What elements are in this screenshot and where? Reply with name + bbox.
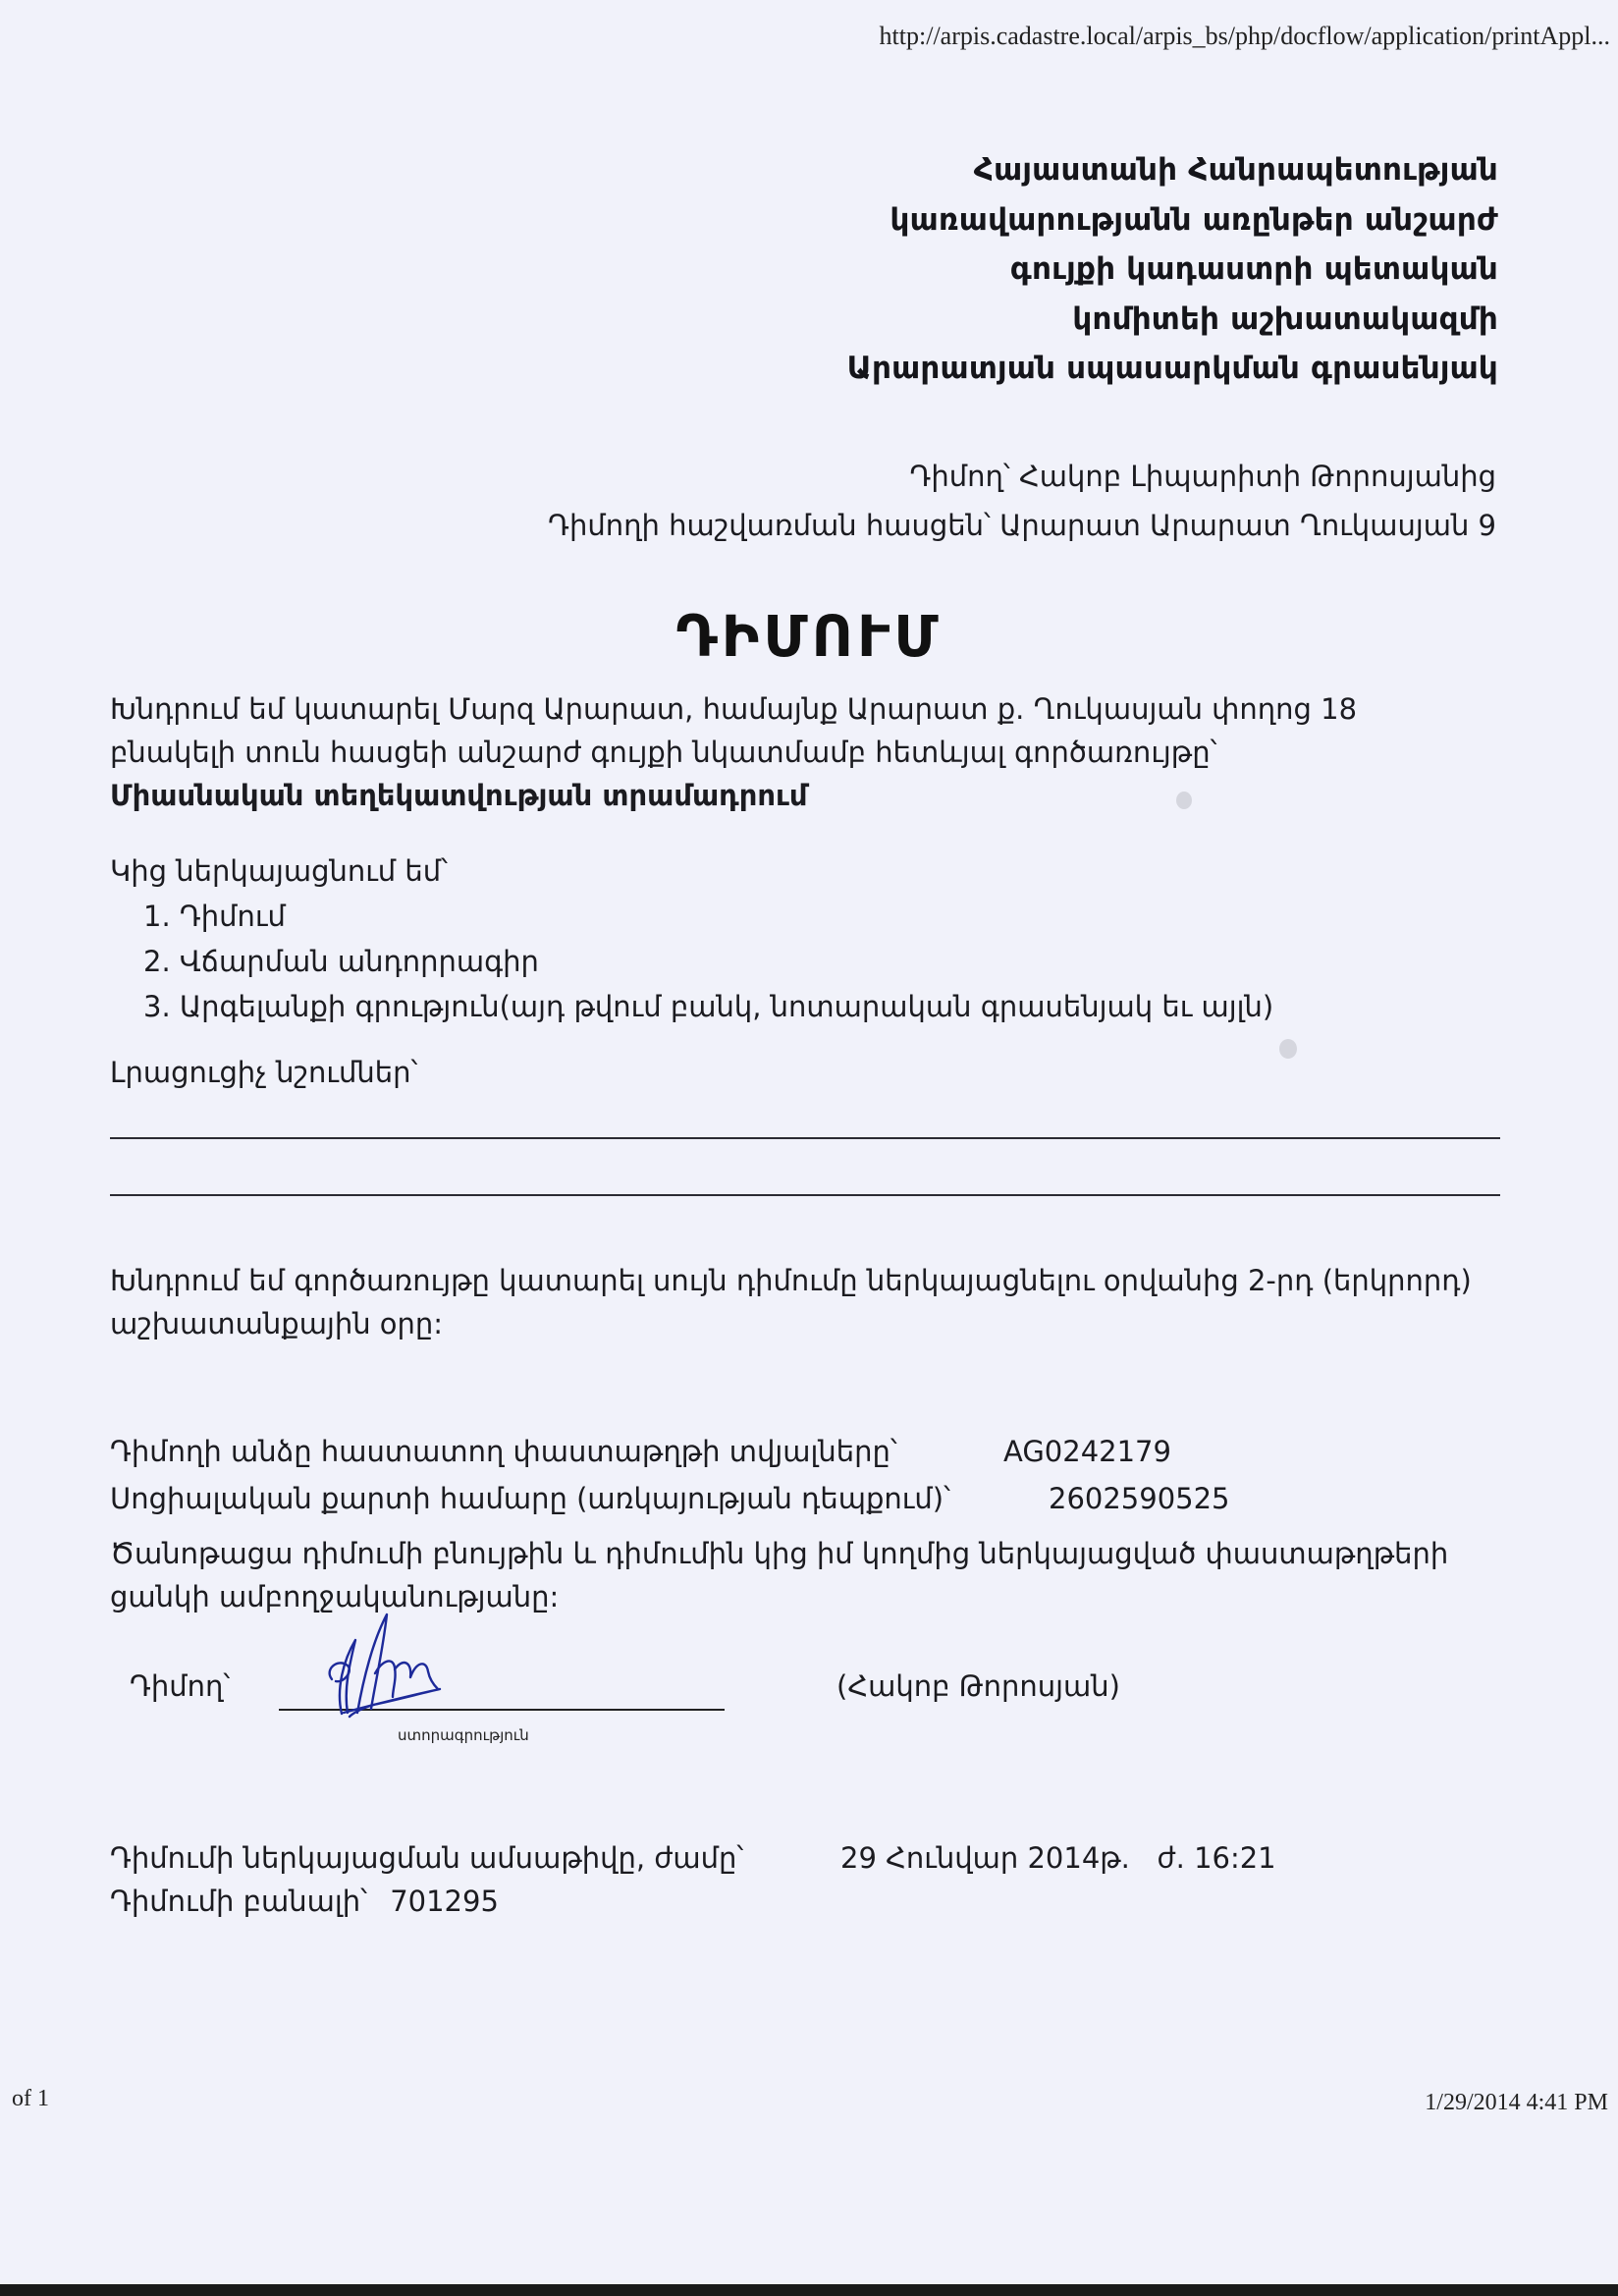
notes-line-2 [110, 1194, 1500, 1196]
print-header-url: http://arpis.cadastre.local/arpis_bs/php… [880, 22, 1610, 51]
signer-printed-name: (Հակոբ Թորոսյան) [836, 1669, 1120, 1703]
document-title: ԴԻՄՈՒՄ [0, 603, 1618, 670]
requested-service: Միասնական տեղեկատվության տրամադրում [110, 774, 1357, 817]
submission-datetime-value: 29 Հունվար 2014թ. ժ. 16:21 [840, 1836, 1276, 1880]
submission-section: Դիմումի ներկայացման ամսաթիվը, ժամը՝ 29 Հ… [110, 1836, 1386, 1923]
notes-label: Լրացուցիչ նշումներ՝ [110, 1051, 417, 1094]
recipient-organization: Հայաստանի Հանրապետության կառավարությանն … [847, 145, 1498, 394]
request-line: Խնդրում եմ կատարել Մարզ Արարատ, համայնք … [110, 687, 1357, 731]
request-paragraph: Խնդրում եմ կատարել Մարզ Արարատ, համայնք … [110, 687, 1357, 817]
confirmation-line: ցանկի ամբողջականությանը: [110, 1575, 1448, 1618]
org-line: գույքի կադաստրի պետական [847, 245, 1498, 295]
attachment-item: 2. Վճարման անդորրագիր [110, 939, 1273, 984]
deadline-line: Խնդրում եմ գործառույթը կատարել սույն դիմ… [110, 1259, 1472, 1302]
confirmation-line: Ծանոթացա դիմումի բնույթին և դիմումին կից… [110, 1532, 1448, 1575]
signature-label: Դիմող՝ [130, 1669, 230, 1703]
application-key-label: Դիմումի բանալի՝ [110, 1885, 367, 1918]
scan-speck [1279, 1039, 1297, 1059]
org-line: Արարատյան սպասարկման գրասենյակ [847, 344, 1498, 394]
applicant-name: Դիմող՝ Հակոբ Լիպարիտի Թորոսյանից [548, 452, 1496, 501]
attachments-list: 1. Դիմում 2. Վճարման անդորրագիր 3. Արգել… [110, 894, 1273, 1029]
social-card-value: 2602590525 [1049, 1475, 1230, 1522]
application-key-value: 701295 [390, 1885, 499, 1918]
confirmation-paragraph: Ծանոթացա դիմումի բնույթին և դիմումին կից… [110, 1532, 1448, 1618]
print-footer-timestamp: 1/29/2014 4:41 PM [1425, 2090, 1608, 2116]
deadline-line: աշխատանքային օրը: [110, 1302, 1472, 1345]
applicant-block: Դիմող՝ Հակոբ Լիպարիտի Թորոսյանից Դիմողի … [548, 452, 1496, 550]
org-line: կոմիտեի աշխատակազմի [847, 295, 1498, 345]
identity-section: Դիմողի անձը հաստատող փաստաթղթի տվյալները… [110, 1428, 1386, 1526]
handwritten-signature [314, 1611, 481, 1721]
signature-caption: ստորագրություն [398, 1726, 529, 1744]
org-line: կառավարությանն առընթեր անշարժ [847, 195, 1498, 246]
applicant-address: Դիմողի հաշվառման հասցեն՝ Արարատ Արարատ Ղ… [548, 501, 1496, 550]
scanned-page: http://arpis.cadastre.local/arpis_bs/php… [0, 0, 1618, 2284]
passport-label: Դիմողի անձը հաստատող փաստաթղթի տվյալները… [110, 1428, 1386, 1475]
attachments-label: Կից ներկայացնում եմ՝ [110, 848, 1273, 894]
notes-line-1 [110, 1137, 1500, 1139]
print-footer-page-count: of 1 [12, 2086, 49, 2112]
attachment-item: 1. Դիմում [110, 894, 1273, 939]
attachments-section: Կից ներկայացնում եմ՝ 1. Դիմում 2. Վճարմա… [110, 848, 1273, 1029]
attachment-item: 3. Արգելանքի գրություն(այդ թվում բանկ, ն… [110, 984, 1273, 1029]
passport-value: AG0242179 [1003, 1428, 1171, 1475]
application-key: Դիմումի բանալի՝ 701295 [110, 1880, 1386, 1923]
org-line: Հայաստանի Հանրապետության [847, 145, 1498, 195]
request-line: բնակելի տուն հասցեի անշարժ գույքի նկատմա… [110, 731, 1357, 774]
deadline-paragraph: Խնդրում եմ գործառույթը կատարել սույն դիմ… [110, 1259, 1472, 1345]
